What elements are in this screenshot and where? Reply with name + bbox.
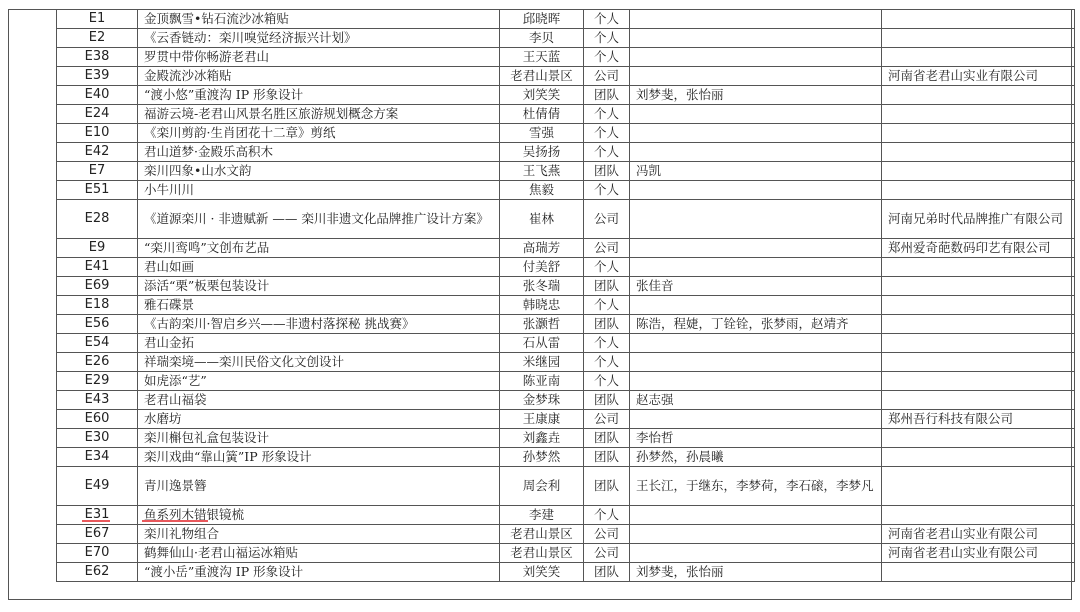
entry-members-cell [630,372,882,391]
entry-members-cell [630,200,882,239]
entry-id-cell: E24 [57,105,138,124]
entry-title-cell: 金顶飘雪•钻石流沙冰箱贴 [138,10,500,29]
entry-organization-cell [882,353,1075,372]
entry-title-cell: 祥瑞栾境——栾川民俗文化文创设计 [138,353,500,372]
entry-id-cell: E7 [57,162,138,181]
entry-author-cell: 韩晓忠 [500,296,584,315]
entry-members-cell: 孙梦然，孙晨曦 [630,448,882,467]
entry-title-cell: 栾川槲包礼盒包装设计 [138,429,500,448]
table-row: E70鹤舞仙山·老君山福运冰箱贴老君山景区公司河南省老君山实业有限公司 [57,544,1075,563]
entry-title-cell: “渡小悠”重渡沟 IP 形象设计 [138,86,500,105]
entry-type-cell: 公司 [584,525,630,544]
entry-organization-cell: 河南省老君山实业有限公司 [882,525,1075,544]
entry-id-cell: E40 [57,86,138,105]
entry-author-cell: 邱晓晖 [500,10,584,29]
entry-id-cell: E43 [57,391,138,410]
entry-title-cell: 君山金拓 [138,334,500,353]
entry-title-cell: 《云香链动：栾川嗅觉经济振兴计划》 [138,29,500,48]
entry-organization-cell [882,372,1075,391]
entry-author-cell: 老君山景区 [500,67,584,86]
entry-title-cell: 《栾川剪韵·生肖团花十二章》剪纸 [138,124,500,143]
entry-author-cell: 付美舒 [500,258,584,277]
entry-organization-cell [882,296,1075,315]
entry-type-cell: 个人 [584,105,630,124]
table-row: E42君山道梦·金殿乐高积木吴扬扬个人 [57,143,1075,162]
table-row: E30栾川槲包礼盒包装设计刘鑫垚团队李怡哲 [57,429,1075,448]
entry-id-cell: E69 [57,277,138,296]
entry-author-cell: 张灏哲 [500,315,584,334]
table-row: E60水磨坊王康康公司郑州吾行科技有限公司 [57,410,1075,429]
table-row: E40“渡小悠”重渡沟 IP 形象设计刘笑笑团队刘梦斐，张怡丽 [57,86,1075,105]
entry-organization-cell: 郑州爱奇葩数码印艺有限公司 [882,239,1075,258]
entry-title-cell: 栾川戏曲“靠山簧”IP 形象设计 [138,448,500,467]
entry-author-cell: 杜倩倩 [500,105,584,124]
entry-organization-cell [882,162,1075,181]
entry-members-cell [630,258,882,277]
red-underline-annotation [142,520,208,522]
document-table-frame: E1金顶飘雪•钻石流沙冰箱贴邱晓晖个人E2《云香链动：栾川嗅觉经济振兴计划》李贝… [8,9,1072,600]
entry-id-cell: E49 [57,467,138,506]
entry-id-cell: E28 [57,200,138,239]
entry-author-cell: 金梦珠 [500,391,584,410]
entry-author-cell: 老君山景区 [500,525,584,544]
entry-author-cell: 周会利 [500,467,584,506]
entry-type-cell: 个人 [584,48,630,67]
table-row: E49青川逸景簪周会利团队王长江，于继东，李梦荷，李石磙，李梦凡 [57,467,1075,506]
entry-organization-cell [882,429,1075,448]
entry-members-cell: 李怡哲 [630,429,882,448]
entry-type-cell: 个人 [584,181,630,200]
entry-author-cell: 崔林 [500,200,584,239]
entry-author-cell: 王天蓝 [500,48,584,67]
entry-members-cell [630,544,882,563]
entry-author-cell: 米继园 [500,353,584,372]
entry-type-cell: 公司 [584,239,630,258]
table-row: E28《道源栾川 · 非遗赋新 —— 栾川非遗文化品牌推广设计方案》崔林公司河南… [57,200,1075,239]
table-row: E7栾川四象•山水文韵王飞燕团队冯凯 [57,162,1075,181]
entry-title-cell: 青川逸景簪 [138,467,500,506]
entry-organization-cell [882,334,1075,353]
entry-members-cell: 刘梦斐，张怡丽 [630,563,882,582]
entry-organization-cell [882,181,1075,200]
entry-organization-cell: 河南兄弟时代品牌推广有限公司 [882,200,1075,239]
entry-id-cell: E26 [57,353,138,372]
entry-title-cell: 如虎添“艺” [138,372,500,391]
entry-members-cell [630,181,882,200]
entry-organization-cell [882,258,1075,277]
entry-id-cell: E67 [57,525,138,544]
entry-id-cell: E29 [57,372,138,391]
entry-organization-cell [882,10,1075,29]
entry-id-cell: E34 [57,448,138,467]
entry-title-cell: 鹤舞仙山·老君山福运冰箱贴 [138,544,500,563]
entry-type-cell: 团队 [584,277,630,296]
table-row: E18雅石碟景韩晓忠个人 [57,296,1075,315]
entry-title-cell: 金殿流沙冰箱贴 [138,67,500,86]
entry-title-cell: “栾川鸾鸣”文创布艺品 [138,239,500,258]
entry-members-cell [630,124,882,143]
entry-title-cell: 小牛川川 [138,181,500,200]
table-row: E69添活“栗”板栗包装设计张冬瑞团队张佳音 [57,277,1075,296]
entry-author-cell: 刘笑笑 [500,86,584,105]
entry-id-cell: E30 [57,429,138,448]
entry-author-cell: 高瑞芳 [500,239,584,258]
entry-organization-cell: 郑州吾行科技有限公司 [882,410,1075,429]
entry-author-cell: 刘笑笑 [500,563,584,582]
entry-members-cell: 陈浩，程婕，丁铨铨，张梦雨，赵靖齐 [630,315,882,334]
entry-organization-cell [882,563,1075,582]
entry-members-cell [630,29,882,48]
entry-title-cell: 栾川四象•山水文韵 [138,162,500,181]
table-row: E43老君山福袋金梦珠团队赵志强 [57,391,1075,410]
entry-title-cell: 福游云境-老君山风景名胜区旅游规划概念方案 [138,105,500,124]
entry-id-cell: E42 [57,143,138,162]
entry-members-cell: 刘梦斐，张怡丽 [630,86,882,105]
entry-author-cell: 李贝 [500,29,584,48]
entry-author-cell: 石从雷 [500,334,584,353]
entry-id-cell: E41 [57,258,138,277]
entry-id-cell: E70 [57,544,138,563]
entry-id-cell: E60 [57,410,138,429]
table-row: E54君山金拓石从雷个人 [57,334,1075,353]
entry-type-cell: 团队 [584,448,630,467]
entry-members-cell [630,48,882,67]
table-row: E51小牛川川焦毅个人 [57,181,1075,200]
table-row: E38罗贯中带你畅游老君山王天蓝个人 [57,48,1075,67]
entry-author-cell: 张冬瑞 [500,277,584,296]
entry-type-cell: 个人 [584,29,630,48]
entry-author-cell: 刘鑫垚 [500,429,584,448]
entry-author-cell: 陈亚南 [500,372,584,391]
entry-organization-cell [882,448,1075,467]
table-row: E26祥瑞栾境——栾川民俗文化文创设计米继园个人 [57,353,1075,372]
entry-members-cell: 王长江，于继东，李梦荷，李石磙，李梦凡 [630,467,882,506]
entry-type-cell: 公司 [584,200,630,239]
entry-type-cell: 团队 [584,162,630,181]
entry-organization-cell: 河南省老君山实业有限公司 [882,67,1075,86]
entry-title-cell: 雅石碟景 [138,296,500,315]
entry-members-cell [630,353,882,372]
entry-members-cell: 冯凯 [630,162,882,181]
entry-organization-cell [882,105,1075,124]
table-row: E56《古韵栾川·智启乡兴——非遗村落探秘 挑战赛》张灏哲团队陈浩，程婕，丁铨铨… [57,315,1075,334]
entry-members-cell: 张佳音 [630,277,882,296]
table-row: E39金殿流沙冰箱贴老君山景区公司河南省老君山实业有限公司 [57,67,1075,86]
entry-members-cell [630,143,882,162]
entry-organization-cell [882,124,1075,143]
entry-title-cell: 《古韵栾川·智启乡兴——非遗村落探秘 挑战赛》 [138,315,500,334]
table-row: E31鱼系列木错银镜梳李建个人 [57,506,1075,525]
entry-type-cell: 公司 [584,67,630,86]
entry-members-cell [630,105,882,124]
entry-author-cell: 李建 [500,506,584,525]
entry-title-cell: 水磨坊 [138,410,500,429]
entry-members-cell [630,506,882,525]
entry-title-cell: 君山如画 [138,258,500,277]
table-row: E34栾川戏曲“靠山簧”IP 形象设计孙梦然团队孙梦然，孙晨曦 [57,448,1075,467]
entry-id-cell: E54 [57,334,138,353]
entry-type-cell: 团队 [584,429,630,448]
entry-members-cell [630,296,882,315]
entry-members-cell [630,334,882,353]
entry-title-cell: 君山道梦·金殿乐高积木 [138,143,500,162]
entry-type-cell: 个人 [584,258,630,277]
entry-type-cell: 个人 [584,353,630,372]
entry-type-cell: 个人 [584,143,630,162]
entry-organization-cell: 河南省老君山实业有限公司 [882,544,1075,563]
entry-organization-cell [882,391,1075,410]
entry-type-cell: 个人 [584,296,630,315]
entry-organization-cell [882,48,1075,67]
entry-type-cell: 公司 [584,544,630,563]
table-row: E1金顶飘雪•钻石流沙冰箱贴邱晓晖个人 [57,10,1075,29]
entry-id-cell: E62 [57,563,138,582]
entry-title-cell: “渡小岳”重渡沟 IP 形象设计 [138,563,500,582]
entry-type-cell: 团队 [584,391,630,410]
entry-title-cell: 罗贯中带你畅游老君山 [138,48,500,67]
entry-type-cell: 个人 [584,506,630,525]
entry-id-cell: E51 [57,181,138,200]
table-row: E67栾川礼物组合老君山景区公司河南省老君山实业有限公司 [57,525,1075,544]
entry-id-cell: E38 [57,48,138,67]
entry-type-cell: 团队 [584,86,630,105]
entry-author-cell: 王康康 [500,410,584,429]
entry-type-cell: 个人 [584,10,630,29]
entry-author-cell: 老君山景区 [500,544,584,563]
entry-members-cell [630,410,882,429]
entry-title-cell: 添活“栗”板栗包装设计 [138,277,500,296]
entry-id-cell: E9 [57,239,138,258]
entry-type-cell: 团队 [584,315,630,334]
entry-title-cell: 栾川礼物组合 [138,525,500,544]
entry-members-cell [630,10,882,29]
entry-id-cell: E39 [57,67,138,86]
entry-title-cell: 老君山福袋 [138,391,500,410]
entry-type-cell: 个人 [584,124,630,143]
table-row: E29如虎添“艺”陈亚南个人 [57,372,1075,391]
entry-organization-cell [882,143,1075,162]
entry-organization-cell [882,86,1075,105]
entry-organization-cell [882,277,1075,296]
table-row: E62“渡小岳”重渡沟 IP 形象设计刘笑笑团队刘梦斐，张怡丽 [57,563,1075,582]
entry-members-cell [630,67,882,86]
table-row: E24福游云境-老君山风景名胜区旅游规划概念方案杜倩倩个人 [57,105,1075,124]
table-row: E9“栾川鸾鸣”文创布艺品高瑞芳公司郑州爱奇葩数码印艺有限公司 [57,239,1075,258]
entry-id-cell: E56 [57,315,138,334]
entry-organization-cell [882,506,1075,525]
entry-members-cell [630,239,882,258]
entry-title-cell: 《道源栾川 · 非遗赋新 —— 栾川非遗文化品牌推广设计方案》 [138,200,500,239]
table-row: E2《云香链动：栾川嗅觉经济振兴计划》李贝个人 [57,29,1075,48]
entry-id-cell: E10 [57,124,138,143]
entry-author-cell: 焦毅 [500,181,584,200]
entry-organization-cell [882,315,1075,334]
red-underline-annotation [82,520,110,522]
entry-id-cell: E1 [57,10,138,29]
entry-type-cell: 个人 [584,372,630,391]
entry-type-cell: 团队 [584,467,630,506]
entry-author-cell: 雪强 [500,124,584,143]
entry-type-cell: 公司 [584,410,630,429]
table-row: E10《栾川剪韵·生肖团花十二章》剪纸雪强个人 [57,124,1075,143]
entry-id-cell: E18 [57,296,138,315]
table-row: E41君山如画付美舒个人 [57,258,1075,277]
entry-type-cell: 团队 [584,563,630,582]
entry-members-cell [630,525,882,544]
entry-members-cell: 赵志强 [630,391,882,410]
entries-table: E1金顶飘雪•钻石流沙冰箱贴邱晓晖个人E2《云香链动：栾川嗅觉经济振兴计划》李贝… [56,9,1075,582]
entry-id-cell: E2 [57,29,138,48]
entry-author-cell: 孙梦然 [500,448,584,467]
entry-organization-cell [882,29,1075,48]
entry-type-cell: 个人 [584,334,630,353]
entry-author-cell: 吴扬扬 [500,143,584,162]
entry-author-cell: 王飞燕 [500,162,584,181]
entry-organization-cell [882,467,1075,506]
